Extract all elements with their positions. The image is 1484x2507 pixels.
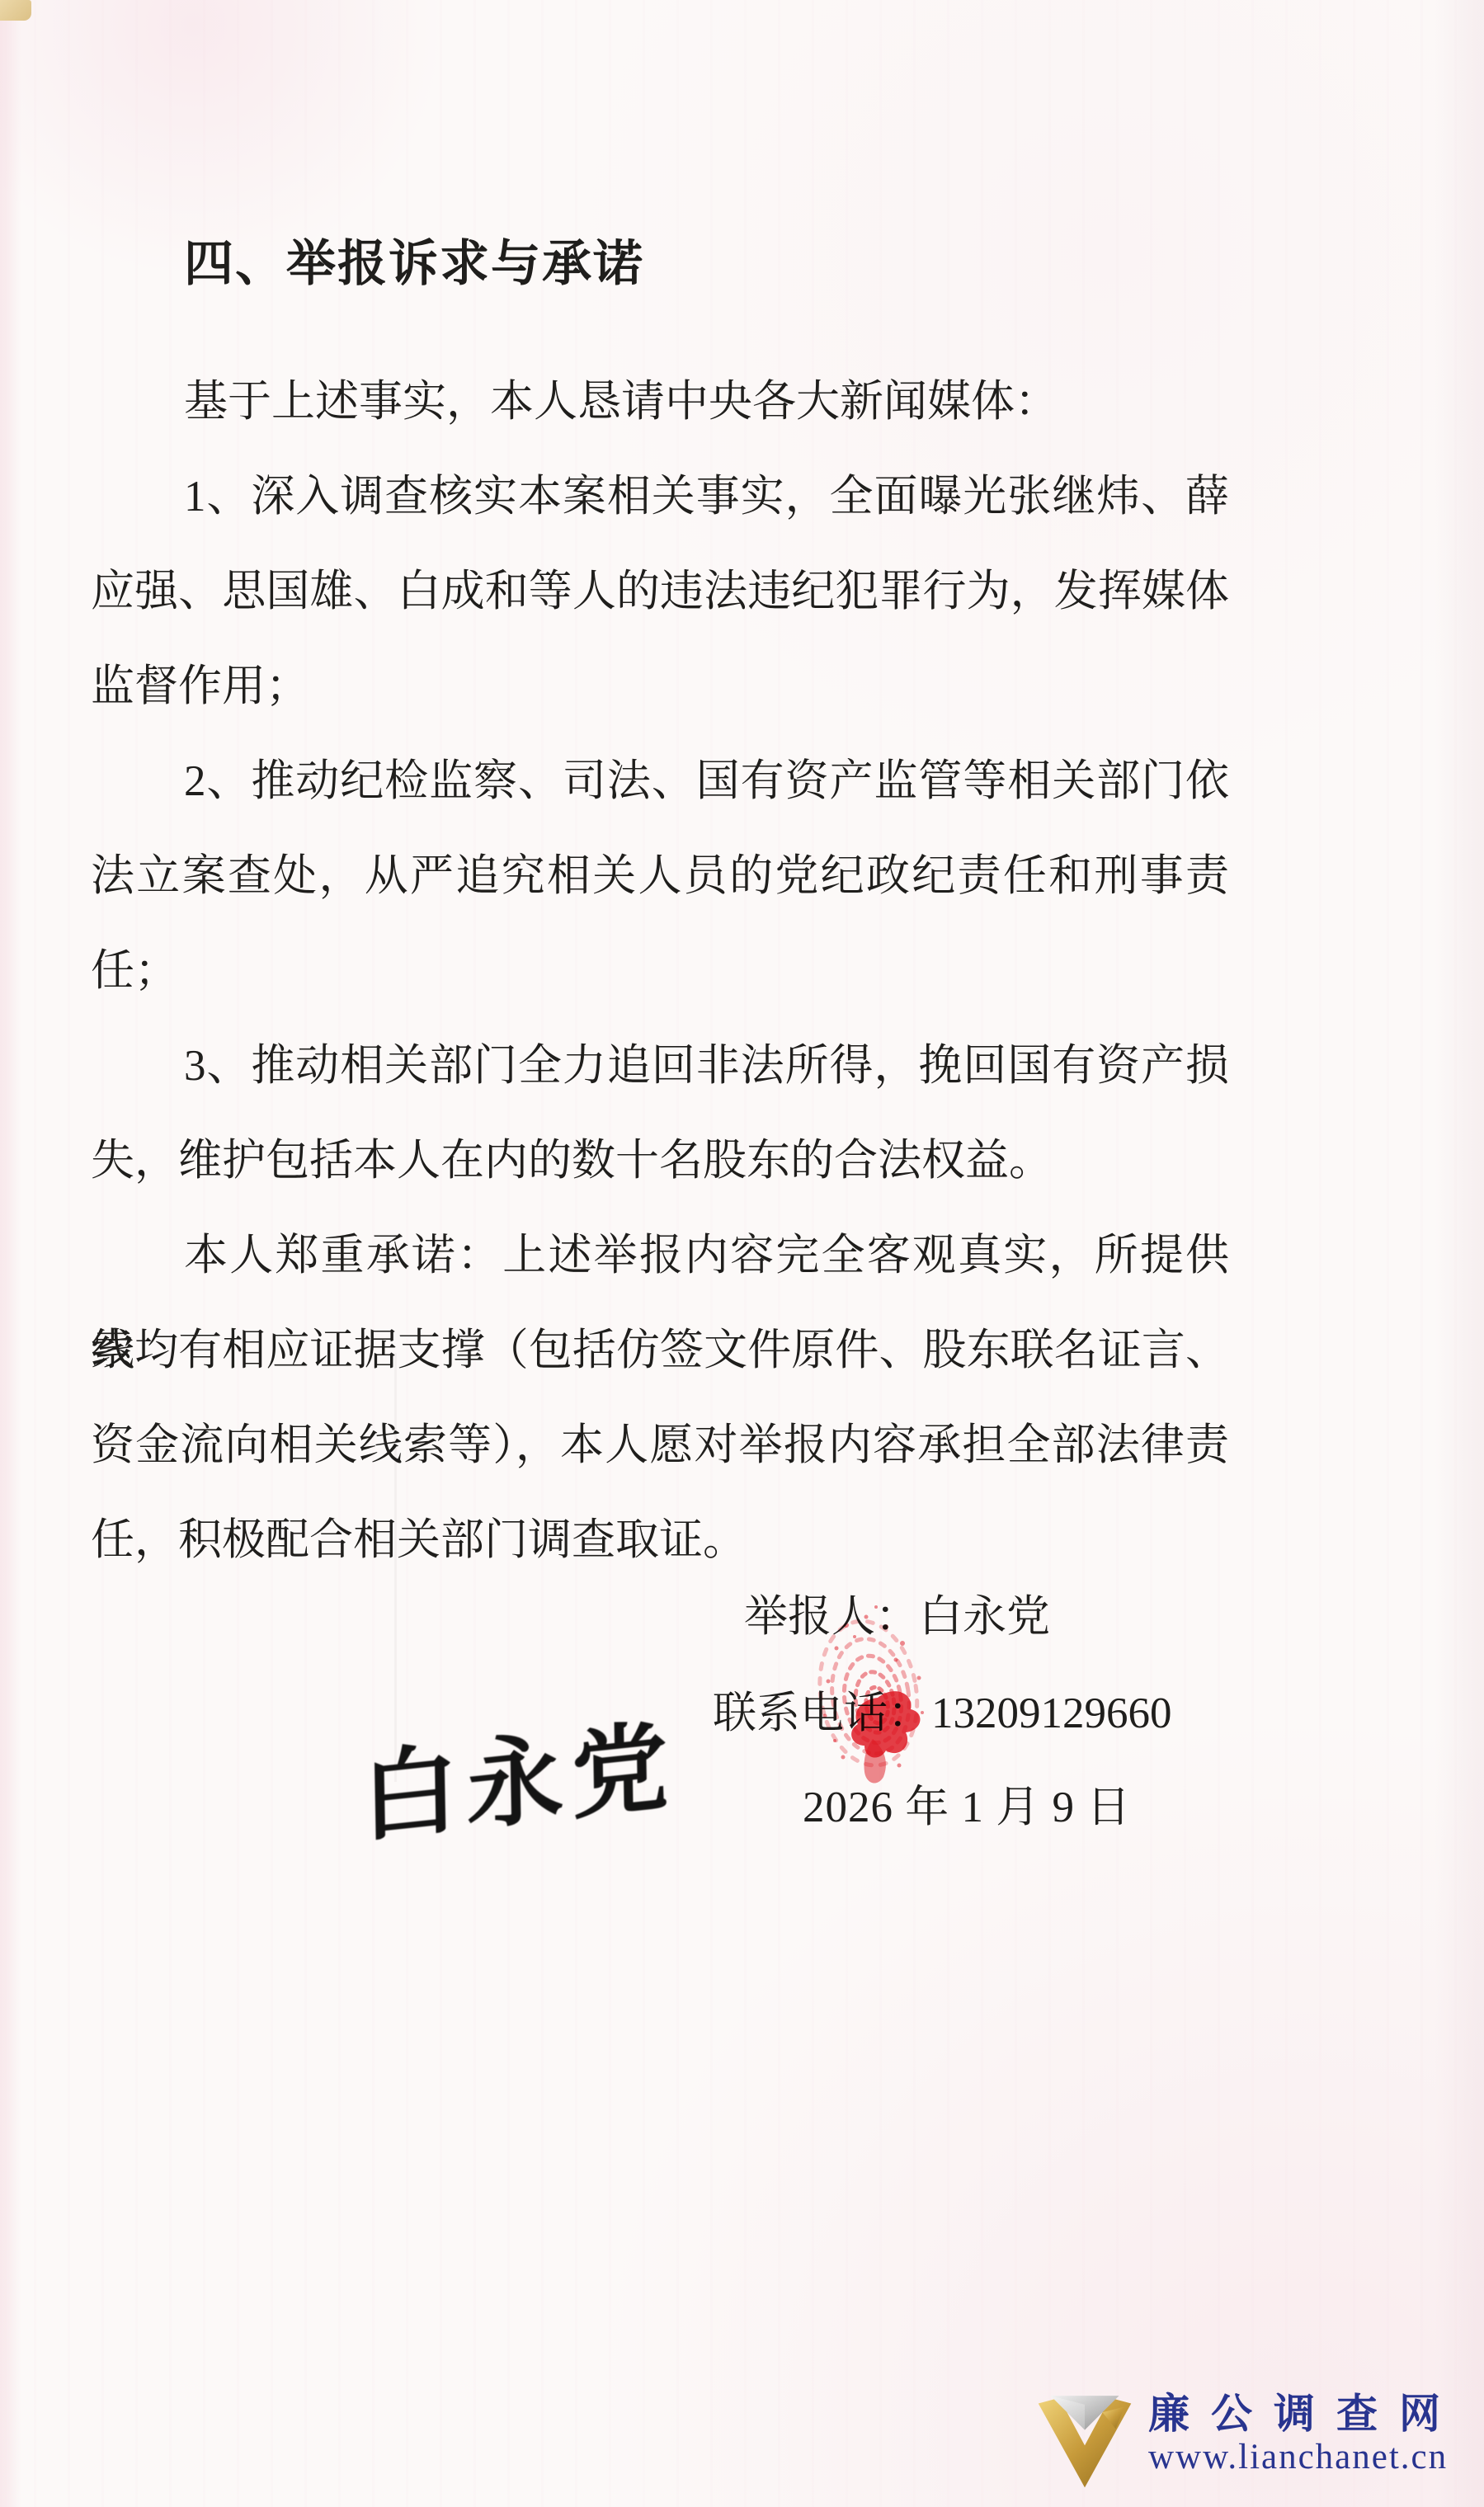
letter-body: 基于上述事实，本人恳请中央各大新闻媒体： 1、深入调查核实本案相关事实，全面曝光… (91, 355, 1229, 1588)
body-line: 任； (91, 924, 1229, 1019)
body-line: 2、推动纪检监察、司法、国有资产监管等相关部门依 (91, 734, 1229, 829)
body-line: 应强、思国雄、白成和等人的违法违纪犯罪行为，发挥媒体 (91, 544, 1229, 639)
watermark-text: 廉公调查网 www.lianchanet.cn (1148, 2391, 1462, 2478)
body-line: 基于上述事实，本人恳请中央各大新闻媒体： (91, 355, 1229, 450)
body-line: 本人郑重承诺：上述举报内容完全客观真实，所提供线 (91, 1209, 1229, 1303)
body-line: 法立案查处，从严追究相关人员的党纪政纪责任和刑事责 (91, 829, 1229, 924)
body-line: 3、推动相关部门全力追回非法所得，挽回国有资产损 (91, 1019, 1229, 1114)
body-line: 资金流向相关线索等），本人愿对举报内容承担全部法律责 (91, 1398, 1229, 1493)
watermark-site-name: 廉公调查网 (1148, 2391, 1462, 2437)
watermark-site-url: www.lianchanet.cn (1148, 2437, 1462, 2478)
body-line: 1、深入调查核实本案相关事实，全面曝光张继炜、薛 (91, 450, 1229, 544)
body-line: 失，维护包括本人在内的数十名股东的合法权益。 (91, 1114, 1229, 1209)
section-heading: 四、举报诉求与承诺 (91, 229, 1229, 299)
fingerprint-stamp-icon (797, 1600, 947, 1798)
body-line: 索均有相应证据支撑（包括仿签文件原件、股东联名证言、 (91, 1303, 1229, 1398)
body-line: 任，积极配合相关部门调查取证。 (91, 1493, 1229, 1588)
lianchanet-triangle-logo-icon (1029, 2379, 1140, 2490)
site-watermark: 廉公调查网 www.lianchanet.cn (1029, 2379, 1462, 2490)
scan-corner-artifact (0, 0, 31, 21)
body-line: 监督作用； (91, 639, 1229, 734)
handwritten-signature: 白永党 (360, 1687, 678, 1861)
scanned-complaint-letter-page: 四、举报诉求与承诺 基于上述事实，本人恳请中央各大新闻媒体： 1、深入调查核实本… (0, 0, 1484, 2507)
